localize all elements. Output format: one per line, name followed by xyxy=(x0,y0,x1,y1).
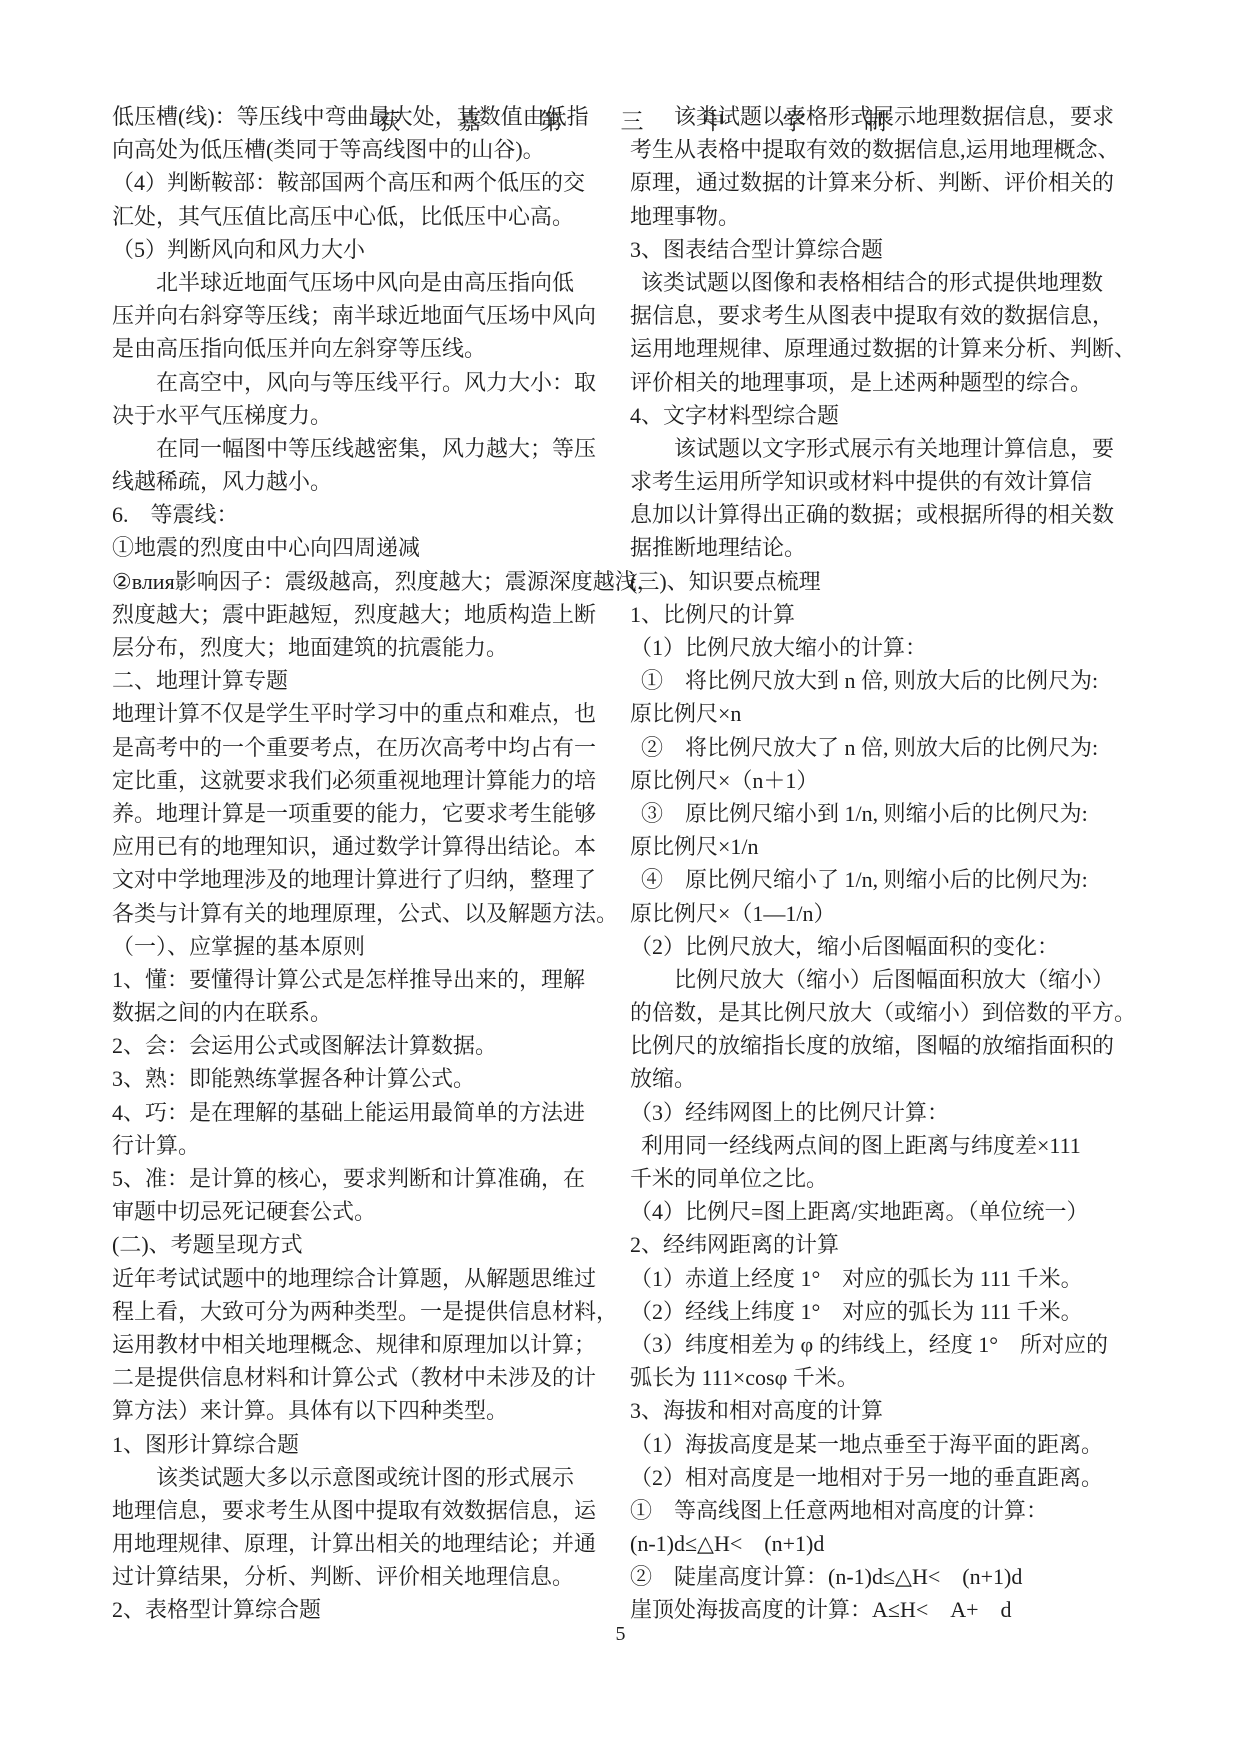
text-line: ②влия影响因子：震级越高，烈度越大；震源深度越浅， xyxy=(112,565,604,598)
text-line: 利用同一经线两点间的图上距离与纬度差×111 xyxy=(630,1129,1142,1162)
text-line: (n-1)d≤△H< (n+1)d xyxy=(630,1527,1142,1560)
text-line: 应用已有的地理知识，通过数学计算得出结论。本 xyxy=(112,830,604,863)
text-line: 3、熟：即能熟练掌握各种计算公式。 xyxy=(112,1062,604,1095)
text-line: 原理，通过数据的计算来分析、判断、评价相关的 xyxy=(630,166,1142,199)
text-line: 地理信息，要求考生从图中提取有效数据信息，运 xyxy=(112,1494,604,1527)
text-line: 定比重，这就要求我们必须重视地理计算能力的培 xyxy=(112,764,604,797)
text-line: 是由高压指向低压并向左斜穿等压线。 xyxy=(112,332,604,365)
text-line: （2）经线上纬度 1° 对应的弧长为 111 千米。 xyxy=(630,1295,1142,1328)
text-line: （1）赤道上经度 1° 对应的弧长为 111 千米。 xyxy=(630,1262,1142,1295)
text-line: （2）相对高度是一地相对于另一地的垂直距离。 xyxy=(630,1461,1142,1494)
text-line: 压并向右斜穿等压线；南半球近地面气压场中风向 xyxy=(112,299,604,332)
text-line: ① 等高线图上任意两地相对高度的计算： xyxy=(630,1494,1142,1527)
text-line: 运用地理规律、原理通过数据的计算来分析、判断、 xyxy=(630,332,1142,365)
text-line: 息加以计算得出正确的数据；或根据所得的相关数 xyxy=(630,498,1142,531)
text-line: 该类试题以图像和表格相结合的形式提供地理数 xyxy=(630,266,1142,299)
text-line: 在高空中，风向与等压线平行。风力大小：取 xyxy=(112,366,604,399)
text-line: （3）纬度相差为 φ 的纬线上，经度 1° 所对应的 xyxy=(630,1328,1142,1361)
text-line: 原比例尺×n xyxy=(630,697,1142,730)
text-line: 烈度越大；震中距越短，烈度越大；地质构造上断 xyxy=(112,598,604,631)
text-line: 汇处，其气压值比高压中心低，比低压中心高。 xyxy=(112,200,604,233)
text-line: 考生从表格中提取有效的数据信息,运用地理概念、 xyxy=(630,133,1142,166)
text-line: ③ 原比例尺缩小到 1/n, 则缩小后的比例尺为: xyxy=(630,797,1142,830)
text-line: 弧长为 111×cosφ 千米。 xyxy=(630,1361,1142,1394)
text-line: 文对中学地理涉及的地理计算进行了归纳，整理了 xyxy=(112,863,604,896)
page-footer: 5 xyxy=(0,1620,1241,1648)
text-line: 在同一幅图中等压线越密集，风力越大；等压 xyxy=(112,432,604,465)
text-line: 2、会：会运用公式或图解法计算数据。 xyxy=(112,1029,604,1062)
text-line: 该试题以文字形式展示有关地理计算信息，要 xyxy=(630,432,1142,465)
text-line: 决于水平气压梯度力。 xyxy=(112,399,604,432)
text-line: 审题中切忌死记硬套公式。 xyxy=(112,1195,604,1228)
text-line: 地理计算不仅是学生平时学习中的重点和难点，也 xyxy=(112,697,604,730)
text-line: ① 将比例尺放大到 n 倍, 则放大后的比例尺为: xyxy=(630,664,1142,697)
text-line: ② 陡崖高度计算：(n-1)d≤△H< (n+1)d xyxy=(630,1560,1142,1593)
text-line: 评价相关的地理事项，是上述两种题型的综合。 xyxy=(630,366,1142,399)
text-line: 数据之间的内在联系。 xyxy=(112,996,604,1029)
text-line: 的倍数，是其比例尺放大（或缩小）到倍数的平方。 xyxy=(630,996,1142,1029)
text-line: （2）比例尺放大，缩小后图幅面积的变化： xyxy=(630,930,1142,963)
text-line: （4）比例尺=图上距离/实地距离。（单位统一） xyxy=(630,1195,1142,1228)
text-line: 北半球近地面气压场中风向是由高压指向低 xyxy=(112,266,604,299)
text-line: ④ 原比例尺缩小了 1/n, 则缩小后的比例尺为: xyxy=(630,863,1142,896)
text-line: 地理事物。 xyxy=(630,200,1142,233)
text-line: 层分布，烈度大；地面建筑的抗震能力。 xyxy=(112,631,604,664)
text-line: 千米的同单位之比。 xyxy=(630,1162,1142,1195)
text-line: 1、懂：要懂得计算公式是怎样推导出来的，理解 xyxy=(112,963,604,996)
text-line: 低压槽(线)：等压线中弯曲最大处，其数值由低指 xyxy=(112,100,604,133)
text-line: ② 将比例尺放大了 n 倍, 则放大后的比例尺为: xyxy=(630,731,1142,764)
text-line: （1）海拔高度是某一地点垂至于海平面的距离。 xyxy=(630,1428,1142,1461)
text-line: 是高考中的一个重要考点，在历次高考中均占有一 xyxy=(112,731,604,764)
text-line: 比例尺放大（缩小）后图幅面积放大（缩小） xyxy=(630,963,1142,996)
text-line: 原比例尺×（n＋1） xyxy=(630,764,1142,797)
right-column: 该类试题以表格形式展示地理数据信息，要求考生从表格中提取有效的数据信息,运用地理… xyxy=(630,100,1142,1627)
text-line: ①地震的烈度由中心向四周递减 xyxy=(112,531,604,564)
text-line: 各类与计算有关的地理原理，公式、以及解题方法。 xyxy=(112,897,604,930)
text-line: 1、图形计算综合题 xyxy=(112,1428,604,1461)
text-line: （一）、应掌握的基本原则 xyxy=(112,930,604,963)
text-line: 用地理规律、原理，计算出相关的地理结论；并通 xyxy=(112,1527,604,1560)
text-line: 放缩。 xyxy=(630,1062,1142,1095)
two-column-text-body: 低压槽(线)：等压线中弯曲最大处，其数值由低指向高处为低压槽(类同于等高线图中的… xyxy=(112,100,1142,1627)
text-line: 养。地理计算是一项重要的能力，它要求考生能够 xyxy=(112,797,604,830)
text-line: 行计算。 xyxy=(112,1129,604,1162)
text-line: （4）判断鞍部：鞍部国两个高压和两个低压的交 xyxy=(112,166,604,199)
text-line: 二是提供信息材料和计算公式（教材中未涉及的计 xyxy=(112,1361,604,1394)
text-line: 4、文字材料型综合题 xyxy=(630,399,1142,432)
text-line: 线越稀疏，风力越小。 xyxy=(112,465,604,498)
text-line: 原比例尺×1/n xyxy=(630,830,1142,863)
text-line: 据推断地理结论。 xyxy=(630,531,1142,564)
text-line: 据信息，要求考生从图表中提取有效的数据信息， xyxy=(630,299,1142,332)
text-line: 6. 等震线： xyxy=(112,498,604,531)
text-line: （3）经纬网图上的比例尺计算： xyxy=(630,1096,1142,1129)
text-line: 4、巧：是在理解的基础上能运用最简单的方法进 xyxy=(112,1096,604,1129)
text-line: 过计算结果，分析、判断、评价相关地理信息。 xyxy=(112,1560,604,1593)
text-line: 该类试题以表格形式展示地理数据信息，要求 xyxy=(630,100,1142,133)
text-line: 2、经纬网距离的计算 xyxy=(630,1228,1142,1261)
text-line: （5）判断风向和风力大小 xyxy=(112,233,604,266)
text-line: （1）比例尺放大缩小的计算： xyxy=(630,631,1142,664)
text-line: 3、图表结合型计算综合题 xyxy=(630,233,1142,266)
text-line: 算方法）来计算。具体有以下四种类型。 xyxy=(112,1394,604,1427)
text-line: 3、海拔和相对高度的计算 xyxy=(630,1394,1142,1427)
document-page: 获嘉第三中学制 低压槽(线)：等压线中弯曲最大处，其数值由低指向高处为低压槽(类… xyxy=(0,0,1241,1754)
text-line: (二)、考题呈现方式 xyxy=(112,1228,604,1261)
text-line: 向高处为低压槽(类同于等高线图中的山谷)。 xyxy=(112,133,604,166)
text-line: 求考生运用所学知识或材料中提供的有效计算信 xyxy=(630,465,1142,498)
text-line: 运用教材中相关地理概念、规律和原理加以计算； xyxy=(112,1328,604,1361)
text-line: 程上看，大致可分为两种类型。一是提供信息材料， xyxy=(112,1295,604,1328)
page-number: 5 xyxy=(616,1623,626,1645)
text-line: 1、比例尺的计算 xyxy=(630,598,1142,631)
text-line: 5、准：是计算的核心，要求判断和计算准确，在 xyxy=(112,1162,604,1195)
text-line: 原比例尺×（1—1/n） xyxy=(630,897,1142,930)
left-column: 低压槽(线)：等压线中弯曲最大处，其数值由低指向高处为低压槽(类同于等高线图中的… xyxy=(112,100,604,1627)
text-line: 比例尺的放缩指长度的放缩，图幅的放缩指面积的 xyxy=(630,1029,1142,1062)
text-line: 近年考试试题中的地理综合计算题，从解题思维过 xyxy=(112,1262,604,1295)
text-line: 该类试题大多以示意图或统计图的形式展示 xyxy=(112,1461,604,1494)
text-line: 二、地理计算专题 xyxy=(112,664,604,697)
text-line: (三)、知识要点梳理 xyxy=(630,565,1142,598)
